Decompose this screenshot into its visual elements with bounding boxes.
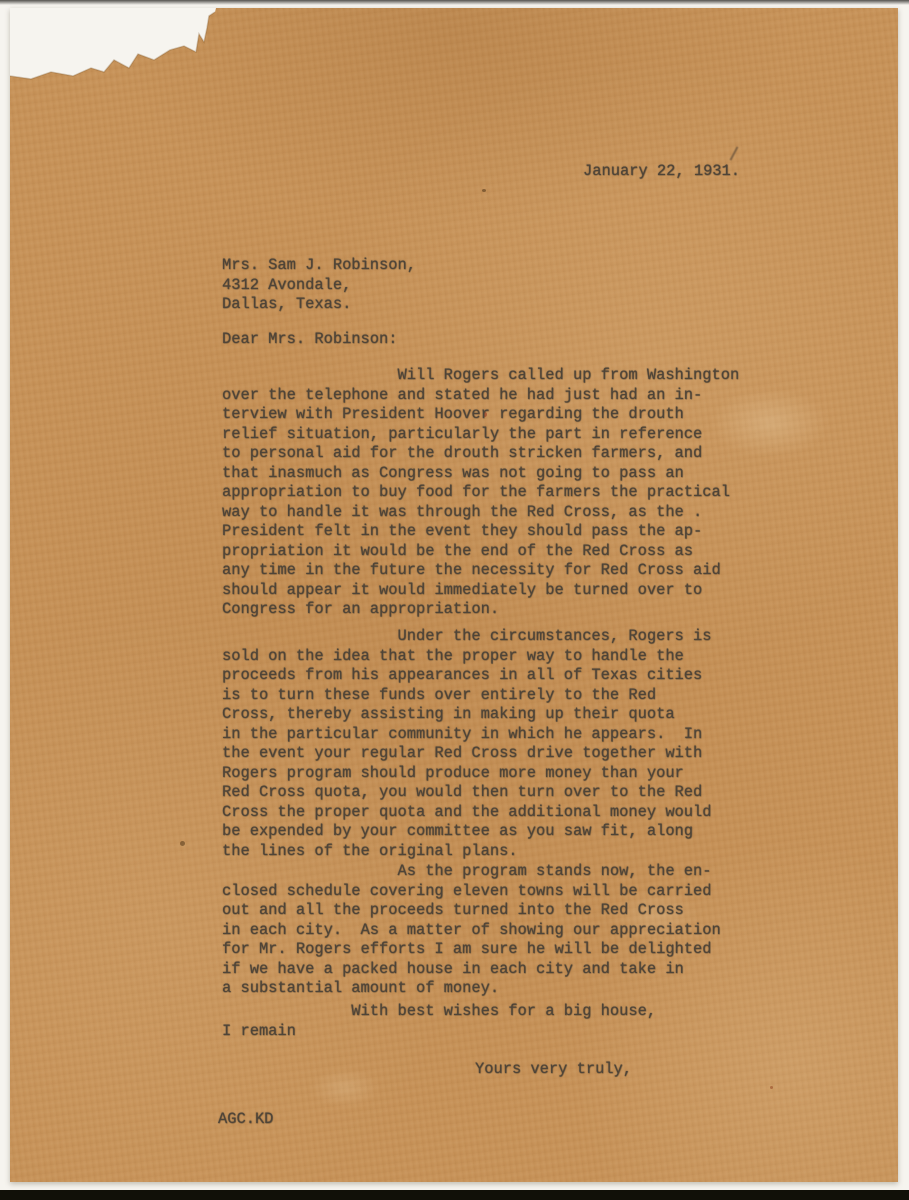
date-line: January 22, 1931. [583, 162, 740, 182]
ink-speck [770, 1086, 773, 1089]
letter-paper: January 22, 1931. Mrs. Sam J. Robinson, … [10, 8, 898, 1182]
recipient-address: Mrs. Sam J. Robinson, 4312 Avondale, Dal… [222, 256, 416, 315]
paper-stain [310, 1068, 380, 1108]
ink-speck [482, 189, 486, 192]
salutation: Dear Mrs. Robinson: [222, 330, 397, 350]
scan-bottom-edge [0, 1190, 909, 1200]
closing-block: With best wishes for a big house, I rema… [222, 1002, 656, 1041]
scan-top-edge [0, 0, 909, 5]
typist-initials: AGC.KD [218, 1110, 273, 1130]
ink-speck [180, 841, 185, 846]
scanned-letter-page: { "document": { "date": "January 22, 193… [0, 0, 909, 1200]
stray-pen-mark [730, 146, 739, 160]
torn-corner [10, 8, 250, 98]
body-paragraph-2: Under the circumstances, Rogers is sold … [222, 627, 712, 861]
signoff-line: Yours very truly, [475, 1060, 632, 1080]
body-paragraph-1: Will Rogers called up from Washington ov… [222, 366, 739, 620]
body-paragraph-3: As the program stands now, the en- close… [222, 862, 721, 999]
